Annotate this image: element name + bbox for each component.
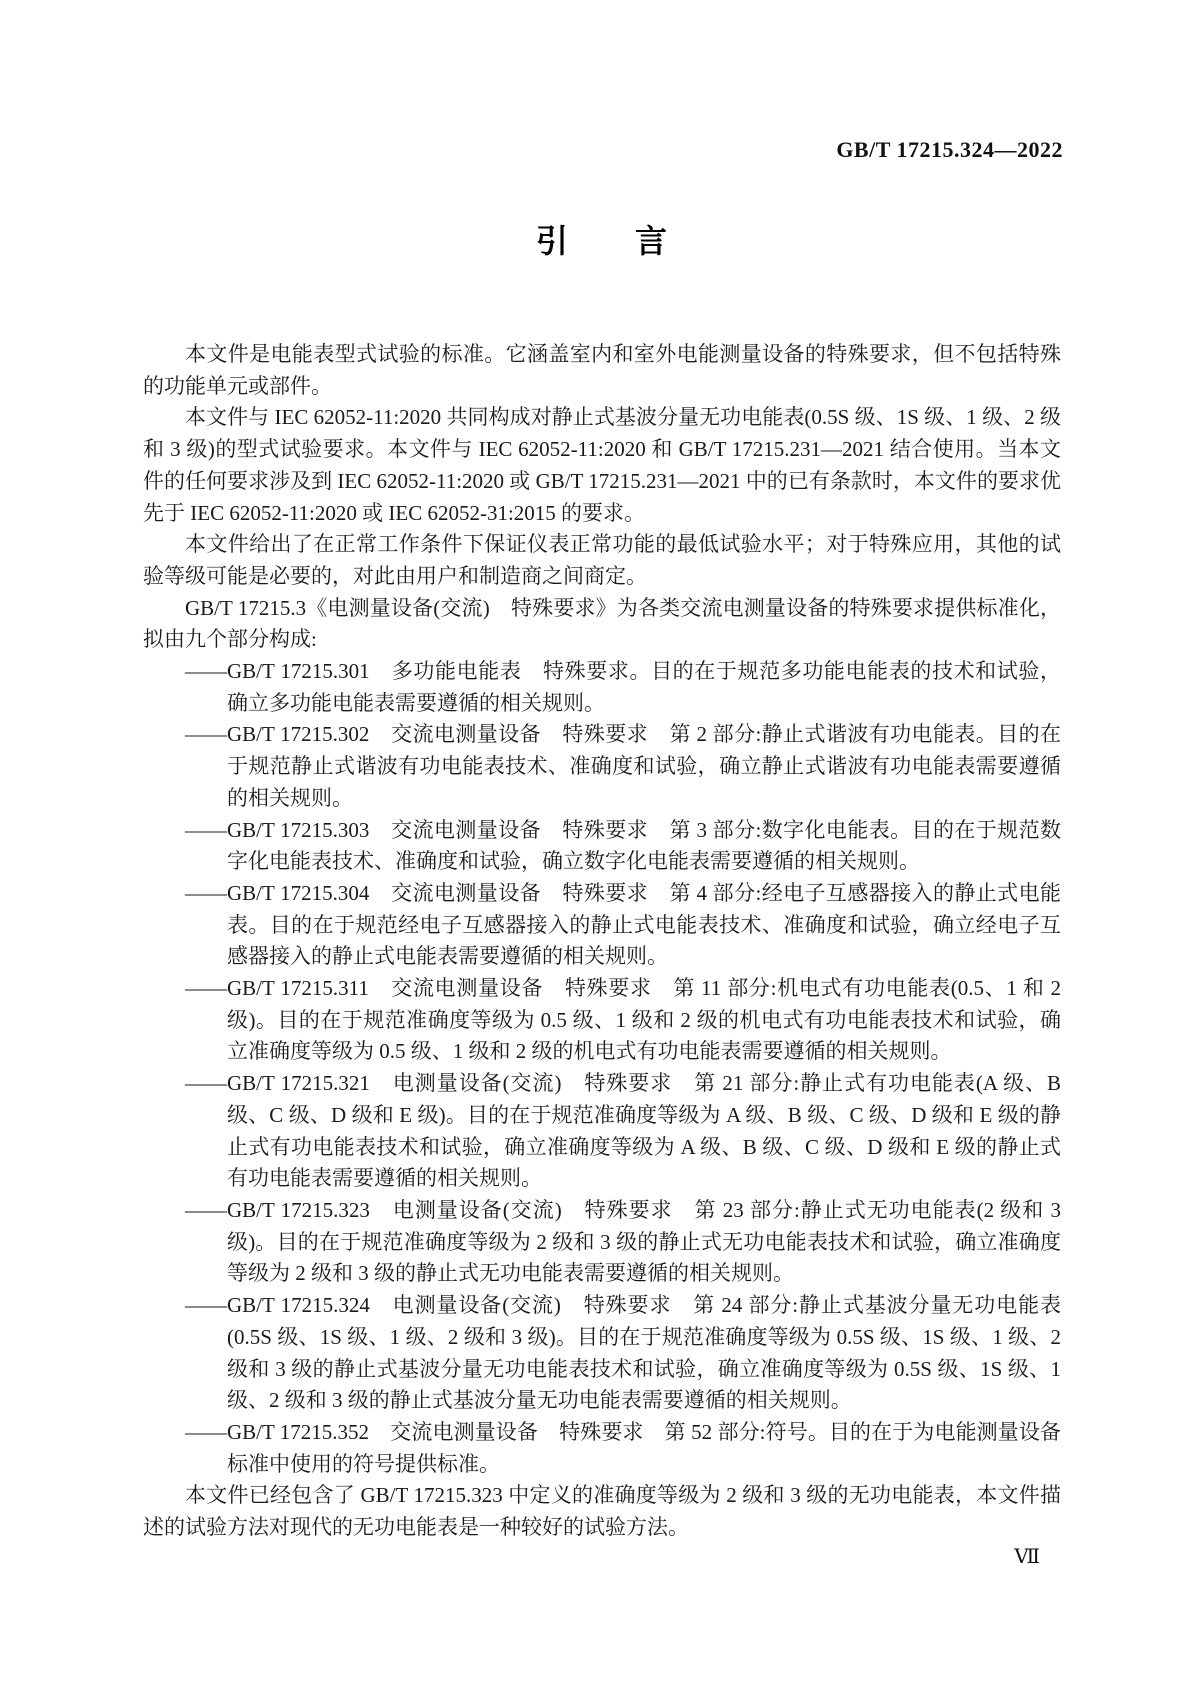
list-item: ——GB/T 17215.324 电测量设备(交流) 特殊要求 第 24 部分:…: [143, 1290, 1061, 1417]
list-item: ——GB/T 17215.311 交流电测量设备 特殊要求 第 11 部分:机电…: [143, 973, 1061, 1068]
list-item: ——GB/T 17215.323 电测量设备(交流) 特殊要求 第 23 部分:…: [143, 1195, 1061, 1290]
paragraph: GB/T 17215.3《电测量设备(交流) 特殊要求》为各类交流电测量设备的特…: [143, 593, 1061, 656]
paragraph: 本文件给出了在正常工作条件下保证仪表正常功能的最低试验水平；对于特殊应用，其他的…: [143, 529, 1061, 592]
paragraph: 本文件已经包含了 GB/T 17215.323 中定义的准确度等级为 2 级和 …: [143, 1480, 1061, 1543]
page-number: Ⅶ: [1014, 1544, 1040, 1569]
paragraph: 本文件与 IEC 62052-11:2020 共同构成对静止式基波分量无功电能表…: [143, 402, 1061, 529]
list-item: ——GB/T 17215.352 交流电测量设备 特殊要求 第 52 部分:符号…: [143, 1417, 1061, 1480]
page-title: 引 言: [143, 216, 1061, 262]
list-item: ——GB/T 17215.303 交流电测量设备 特殊要求 第 3 部分:数字化…: [143, 815, 1061, 878]
list-item: ——GB/T 17215.304 交流电测量设备 特殊要求 第 4 部分:经电子…: [143, 878, 1061, 973]
list-item: ——GB/T 17215.301 多功能电能表 特殊要求。目的在于规范多功能电能…: [143, 656, 1061, 719]
standard-number: GB/T 17215.324—2022: [836, 137, 1063, 163]
list-item: ——GB/T 17215.302 交流电测量设备 特殊要求 第 2 部分:静止式…: [143, 719, 1061, 814]
list-item: ——GB/T 17215.321 电测量设备(交流) 特殊要求 第 21 部分:…: [143, 1068, 1061, 1195]
document-page: GB/T 17215.324—2022 引 言 本文件是电能表型式试验的标准。它…: [0, 0, 1191, 1684]
document-body: 本文件是电能表型式试验的标准。它涵盖室内和室外电能测量设备的特殊要求，但不包括特…: [143, 339, 1061, 1544]
paragraph: 本文件是电能表型式试验的标准。它涵盖室内和室外电能测量设备的特殊要求，但不包括特…: [143, 339, 1061, 402]
